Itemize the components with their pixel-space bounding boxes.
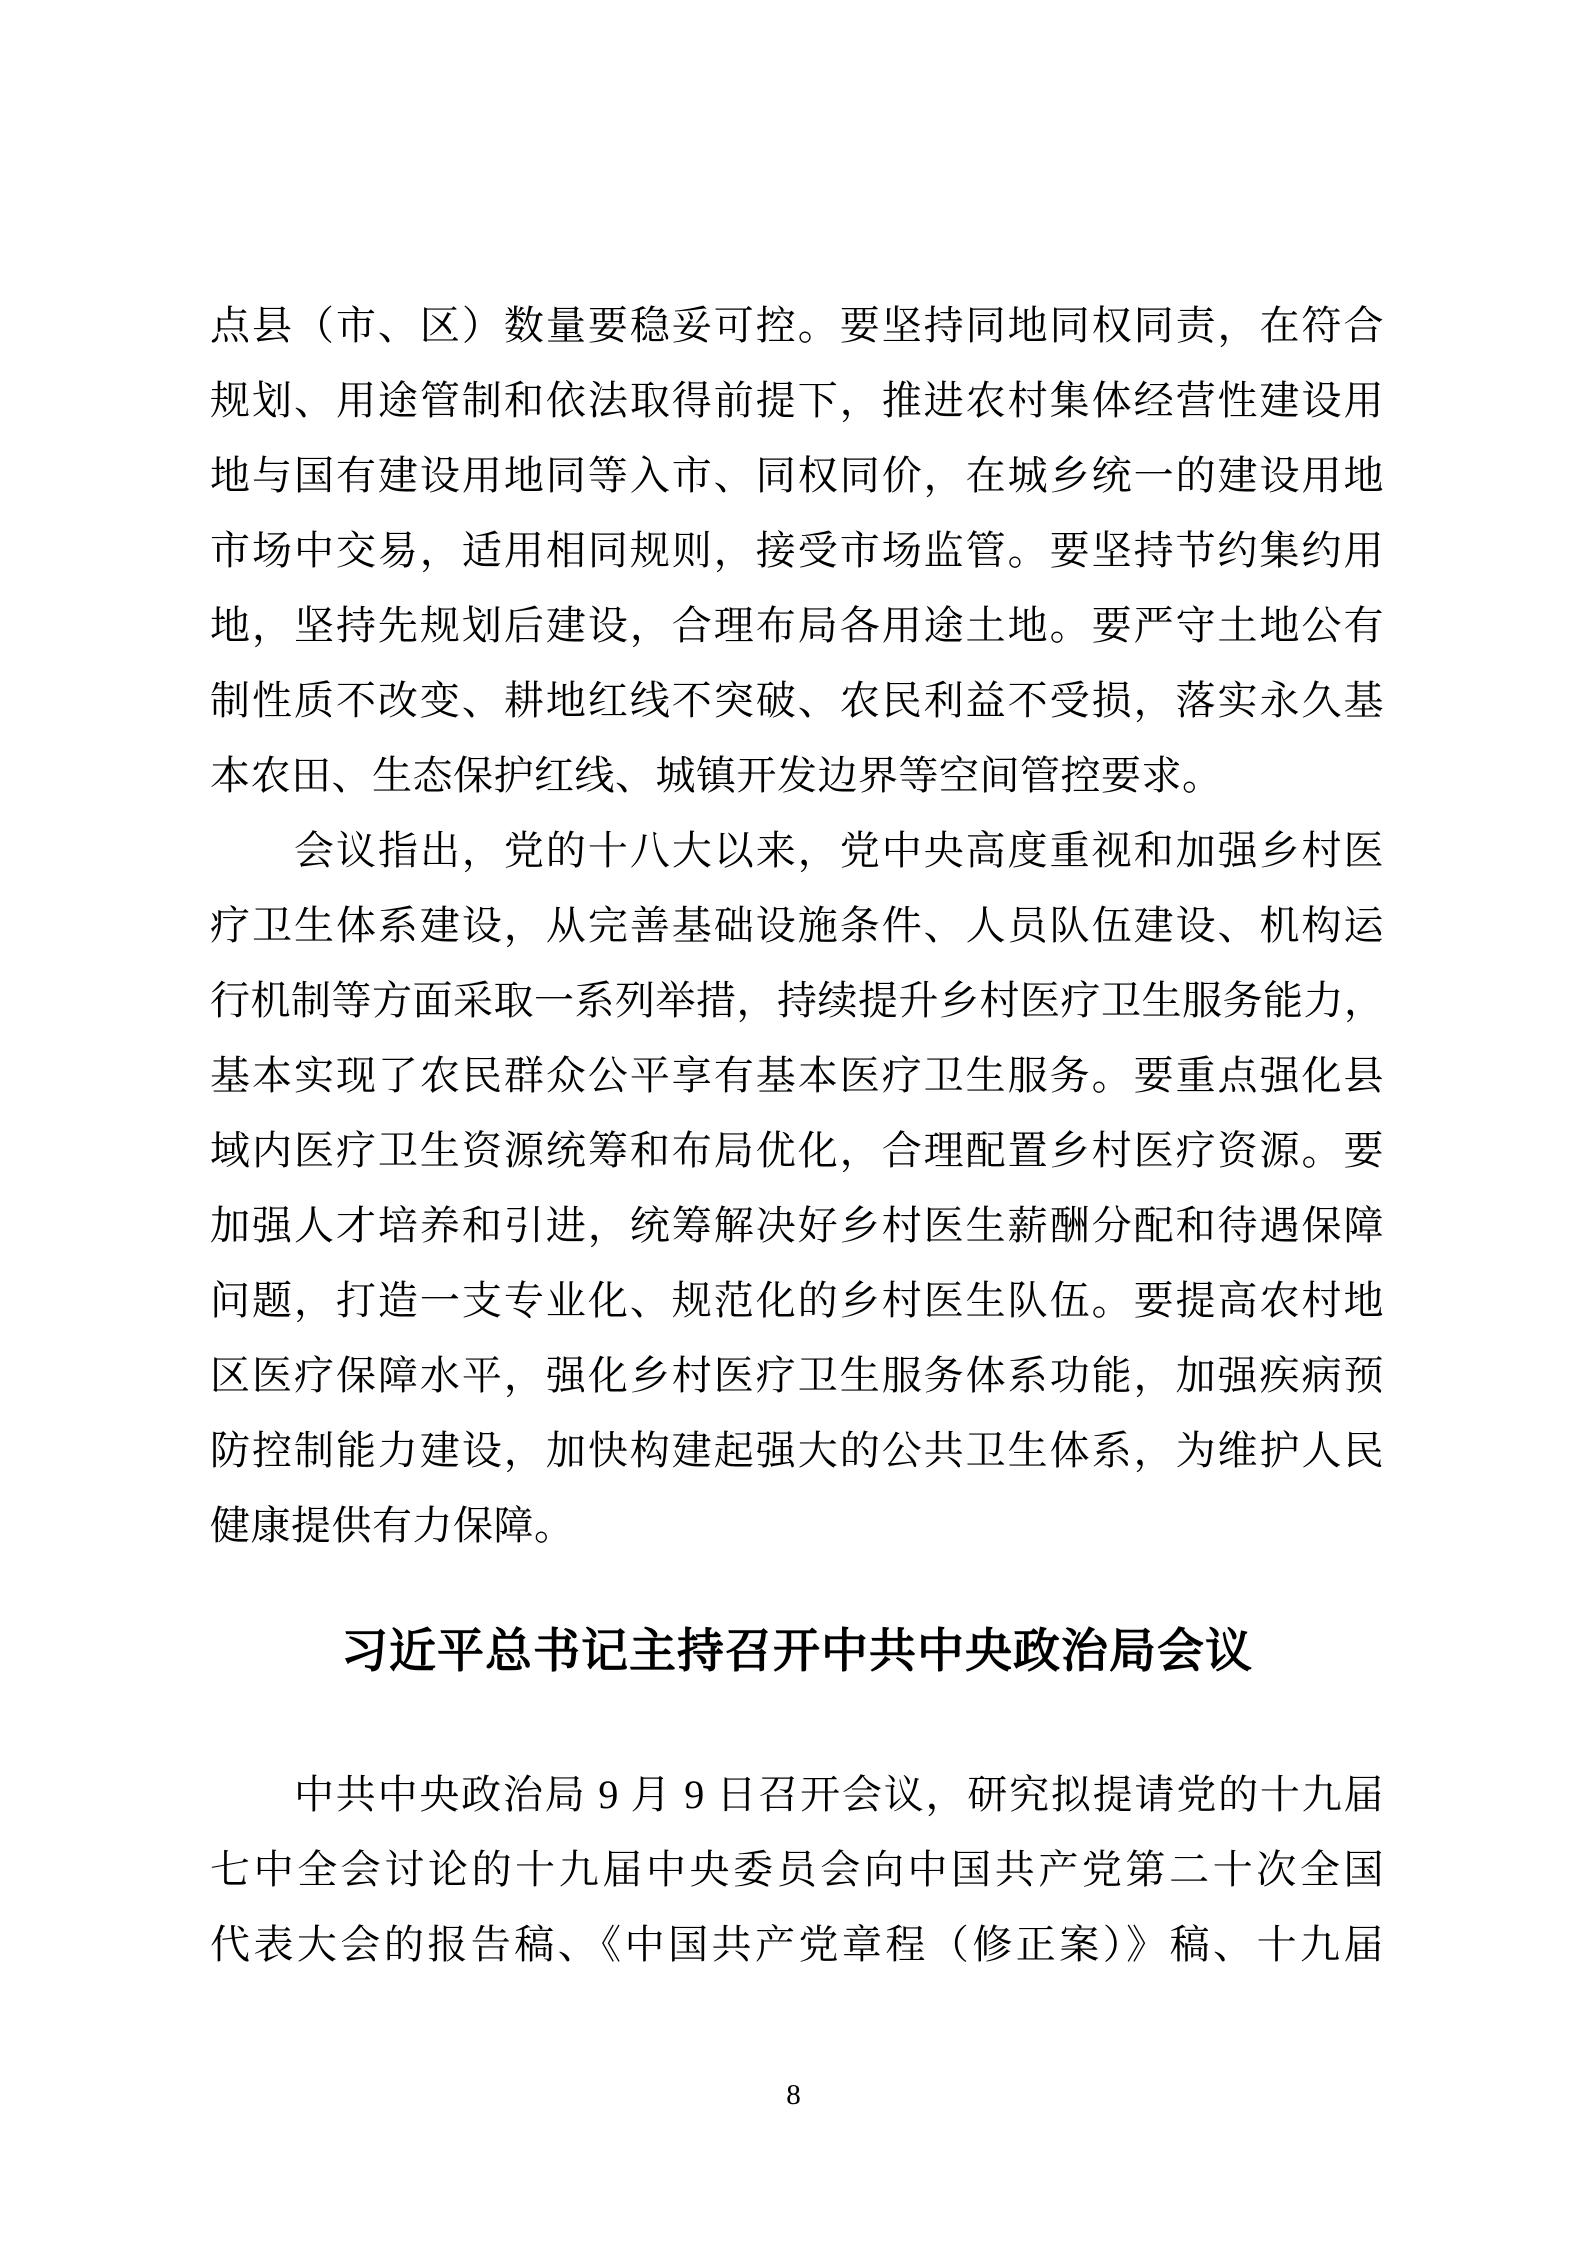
text-line: 加强人才培养和引进，统筹解决好乡村医生薪酬分配和待遇保障 <box>210 1188 1384 1263</box>
text-line: 域内医疗卫生资源统筹和布局优化，合理配置乡村医疗资源。要 <box>210 1113 1384 1188</box>
text-line: 点县（市、区）数量要稳妥可控。要坚持同地同权同责，在符合 <box>210 288 1384 363</box>
text-line: 制性质不改变、耕地红线不突破、农民利益不受损，落实永久基 <box>210 663 1384 738</box>
text-line: 防控制能力建设，加快构建起强大的公共卫生体系，为维护人民 <box>210 1413 1384 1488</box>
page-number: 8 <box>0 2075 1587 2115</box>
text-line: 地与国有建设用地同等入市、同权同价，在城乡统一的建设用地 <box>210 438 1384 513</box>
text-line: 行机制等方面采取一系列举措，持续提升乡村医疗卫生服务能力， <box>210 963 1384 1038</box>
text-line: 问题，打造一支专业化、规范化的乡村医生队伍。要提高农村地 <box>210 1263 1384 1338</box>
text-line: 七中全会讨论的十九届中央委员会向中国共产党第二十次全国 <box>210 1832 1384 1907</box>
text-line: 区医疗保障水平，强化乡村医疗卫生服务体系功能，加强疾病预 <box>210 1338 1384 1413</box>
text-line: 市场中交易，适用相同规则，接受市场监管。要坚持节约集约用 <box>210 513 1384 588</box>
text-line: 中共中央政治局 9 月 9 日召开会议，研究拟提请党的十九届 <box>210 1757 1384 1832</box>
document-page: 点县（市、区）数量要稳妥可控。要坚持同地同权同责，在符合 规划、用途管制和依法取… <box>0 0 1587 2245</box>
text-line: 地，坚持先规划后建设，合理布局各用途土地。要严守土地公有 <box>210 588 1384 663</box>
text-line: 本农田、生态保护红线、城镇开发边界等空间管控要求。 <box>210 738 1384 813</box>
text-line: 代表大会的报告稿、《中国共产党章程（修正案）》稿、十九届 <box>210 1907 1384 1982</box>
text-line: 基本实现了农民群众公平享有基本医疗卫生服务。要重点强化县 <box>210 1038 1384 1113</box>
text-line: 疗卫生体系建设，从完善基础设施条件、人员队伍建设、机构运 <box>210 888 1384 963</box>
text-line: 会议指出，党的十八大以来，党中央高度重视和加强乡村医 <box>210 813 1384 888</box>
text-line: 健康提供有力保障。 <box>210 1488 1384 1563</box>
section-heading: 习近平总书记主持召开中共中央政治局会议 <box>210 1615 1384 1690</box>
text-line: 规划、用途管制和依法取得前提下，推进农村集体经营性建设用 <box>210 363 1384 438</box>
document-body: 点县（市、区）数量要稳妥可控。要坚持同地同权同责，在符合 规划、用途管制和依法取… <box>210 288 1384 1982</box>
